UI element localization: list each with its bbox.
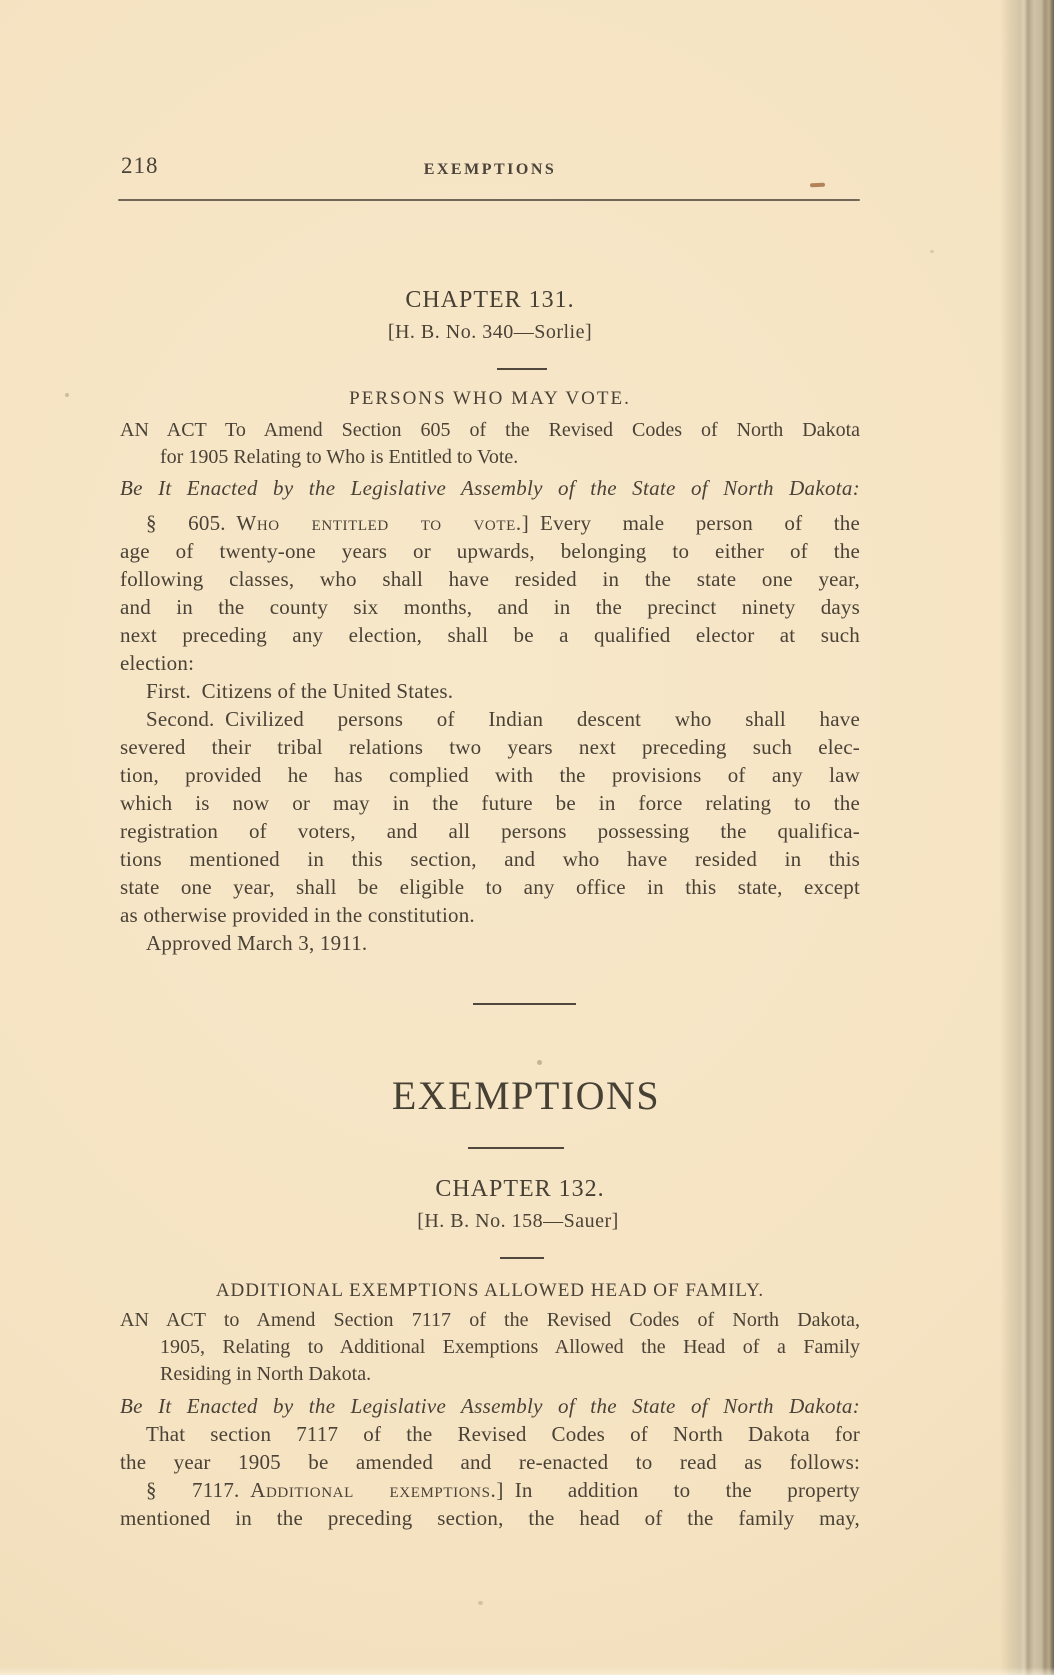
text-run: tion, provided he has complied with the … xyxy=(120,763,860,787)
text-run: Every male person of the xyxy=(529,511,860,535)
text-run: Second. Civilized persons of Indian desc… xyxy=(146,707,860,731)
paper-speckle xyxy=(65,393,69,397)
text-line: First. Citizens of the United States. xyxy=(120,677,860,705)
chapter-132-bill-number: [H. B. No. 158—Sauer] xyxy=(148,1210,888,1233)
text-run: as otherwise provided in the constitutio… xyxy=(120,903,475,927)
chapter-132-act-title: AN ACT to Amend Section 7117 of the Revi… xyxy=(120,1307,860,1388)
part-heading: EXEMPTIONS xyxy=(156,1072,896,1119)
text-line: That section 7117 of the Revised Codes o… xyxy=(120,1420,860,1448)
text-line: 1905, Relating to Additional Exemptions … xyxy=(120,1334,860,1361)
text-line: severed their tribal relations two years… xyxy=(120,733,860,761)
running-title: EXEMPTIONS xyxy=(120,161,860,179)
text-line: as otherwise provided in the constitutio… xyxy=(120,901,860,929)
part-divider-bottom xyxy=(468,1147,564,1149)
text-run: 1905, Relating to Additional Exemptions … xyxy=(160,1336,860,1358)
chapter-131-heading: CHAPTER 131. xyxy=(120,287,860,314)
text-line: and in the county six months, and in the… xyxy=(120,593,860,621)
paper-speckle xyxy=(537,1060,542,1065)
text-line: AN ACT To Amend Section 605 of the Revis… xyxy=(120,417,860,444)
paper-speckle xyxy=(478,1601,483,1605)
text-line: AN ACT to Amend Section 7117 of the Revi… xyxy=(120,1307,860,1334)
text-run: which is now or may in the future be in … xyxy=(120,791,860,815)
chapter-131-enacting-clause: Be It Enacted by the Legislative Assembl… xyxy=(120,476,860,504)
chapter-131-act-title: AN ACT To Amend Section 605 of the Revis… xyxy=(120,417,860,471)
text-run: age of twenty-one years or upwards, belo… xyxy=(120,539,860,563)
chapter-131-body: § 605. Who entitled to vote.] Every male… xyxy=(120,509,860,957)
section-divider xyxy=(497,368,547,370)
text-run: mentioned in the preceding section, the … xyxy=(120,1506,860,1530)
text-line: tion, provided he has complied with the … xyxy=(120,761,860,789)
chapter-132-heading: CHAPTER 132. xyxy=(150,1176,890,1203)
text-run: § 7117. xyxy=(146,1478,250,1502)
header-rule xyxy=(118,199,860,201)
page-bottom-edge xyxy=(0,1667,1054,1675)
text-run: First. Citizens of the United States. xyxy=(146,679,453,703)
text-run: Approved March 3, 1911. xyxy=(146,931,367,955)
section-divider xyxy=(500,1257,544,1259)
text-line: § 605. Who entitled to vote.] Every male… xyxy=(120,509,860,537)
text-run: § 605. xyxy=(146,511,236,535)
text-line: tions mentioned in this section, and who… xyxy=(120,845,860,873)
text-line: which is now or may in the future be in … xyxy=(120,789,860,817)
text-run: severed their tribal relations two years… xyxy=(120,735,860,759)
text-run: for 1905 Relating to Who is Entitled to … xyxy=(160,446,518,468)
text-run: AN ACT To Amend Section 605 of the Revis… xyxy=(120,419,860,441)
text-run: election: xyxy=(120,651,194,675)
chapter-131-subject: PERSONS WHO MAY VOTE. xyxy=(120,388,860,410)
text-line: following classes, who shall have reside… xyxy=(120,565,860,593)
chapter-132-enacting-clause: Be It Enacted by the Legislative Assembl… xyxy=(120,1394,860,1422)
text-run: following classes, who shall have reside… xyxy=(120,567,860,591)
text-line: state one year, shall be eligible to any… xyxy=(120,873,860,901)
chapter-132-subject: ADDITIONAL EXEMPTIONS ALLOWED HEAD OF FA… xyxy=(120,1280,860,1302)
text-line: Residing in North Dakota. xyxy=(120,1361,860,1388)
text-line: the year 1905 be amended and re-enacted … xyxy=(120,1448,860,1476)
paper-speckle xyxy=(208,1375,212,1379)
text-run: AN ACT to Amend Section 7117 of the Revi… xyxy=(120,1309,860,1331)
text-line: Second. Civilized persons of Indian desc… xyxy=(120,705,860,733)
text-run: registration of voters, and all persons … xyxy=(120,819,860,843)
text-line: election: xyxy=(120,649,860,677)
text-line: for 1905 Relating to Who is Entitled to … xyxy=(120,444,860,471)
text-line: next preceding any election, shall be a … xyxy=(120,621,860,649)
small-caps-run: Who entitled to vote.] xyxy=(236,511,529,535)
ink-mark xyxy=(810,183,825,188)
text-run: That section 7117 of the Revised Codes o… xyxy=(146,1422,860,1446)
paper-speckle xyxy=(930,250,934,253)
text-run: In addition to the property xyxy=(504,1478,860,1502)
text-run: Residing in North Dakota. xyxy=(160,1363,371,1385)
text-run: and in the county six months, and in the… xyxy=(120,595,860,619)
small-caps-run: Additional exemptions.] xyxy=(250,1478,504,1502)
text-line: age of twenty-one years or upwards, belo… xyxy=(120,537,860,565)
text-line: registration of voters, and all persons … xyxy=(120,817,860,845)
text-line: § 7117. Additional exemptions.] In addit… xyxy=(120,1476,860,1504)
chapter-131-bill-number: [H. B. No. 340—Sorlie] xyxy=(120,321,860,344)
text-run: next preceding any election, shall be a … xyxy=(120,623,860,647)
text-run: state one year, shall be eligible to any… xyxy=(120,875,860,899)
text-run: the year 1905 be amended and re-enacted … xyxy=(120,1450,860,1474)
text-line: Approved March 3, 1911. xyxy=(120,929,860,957)
chapter-132-body: That section 7117 of the Revised Codes o… xyxy=(120,1420,860,1532)
book-page: 218 EXEMPTIONS CHAPTER 131. [H. B. No. 3… xyxy=(0,0,1054,1675)
part-divider-top xyxy=(473,1003,576,1005)
text-run: tions mentioned in this section, and who… xyxy=(120,847,860,871)
book-page-edge xyxy=(1000,0,1054,1675)
text-line: mentioned in the preceding section, the … xyxy=(120,1504,860,1532)
